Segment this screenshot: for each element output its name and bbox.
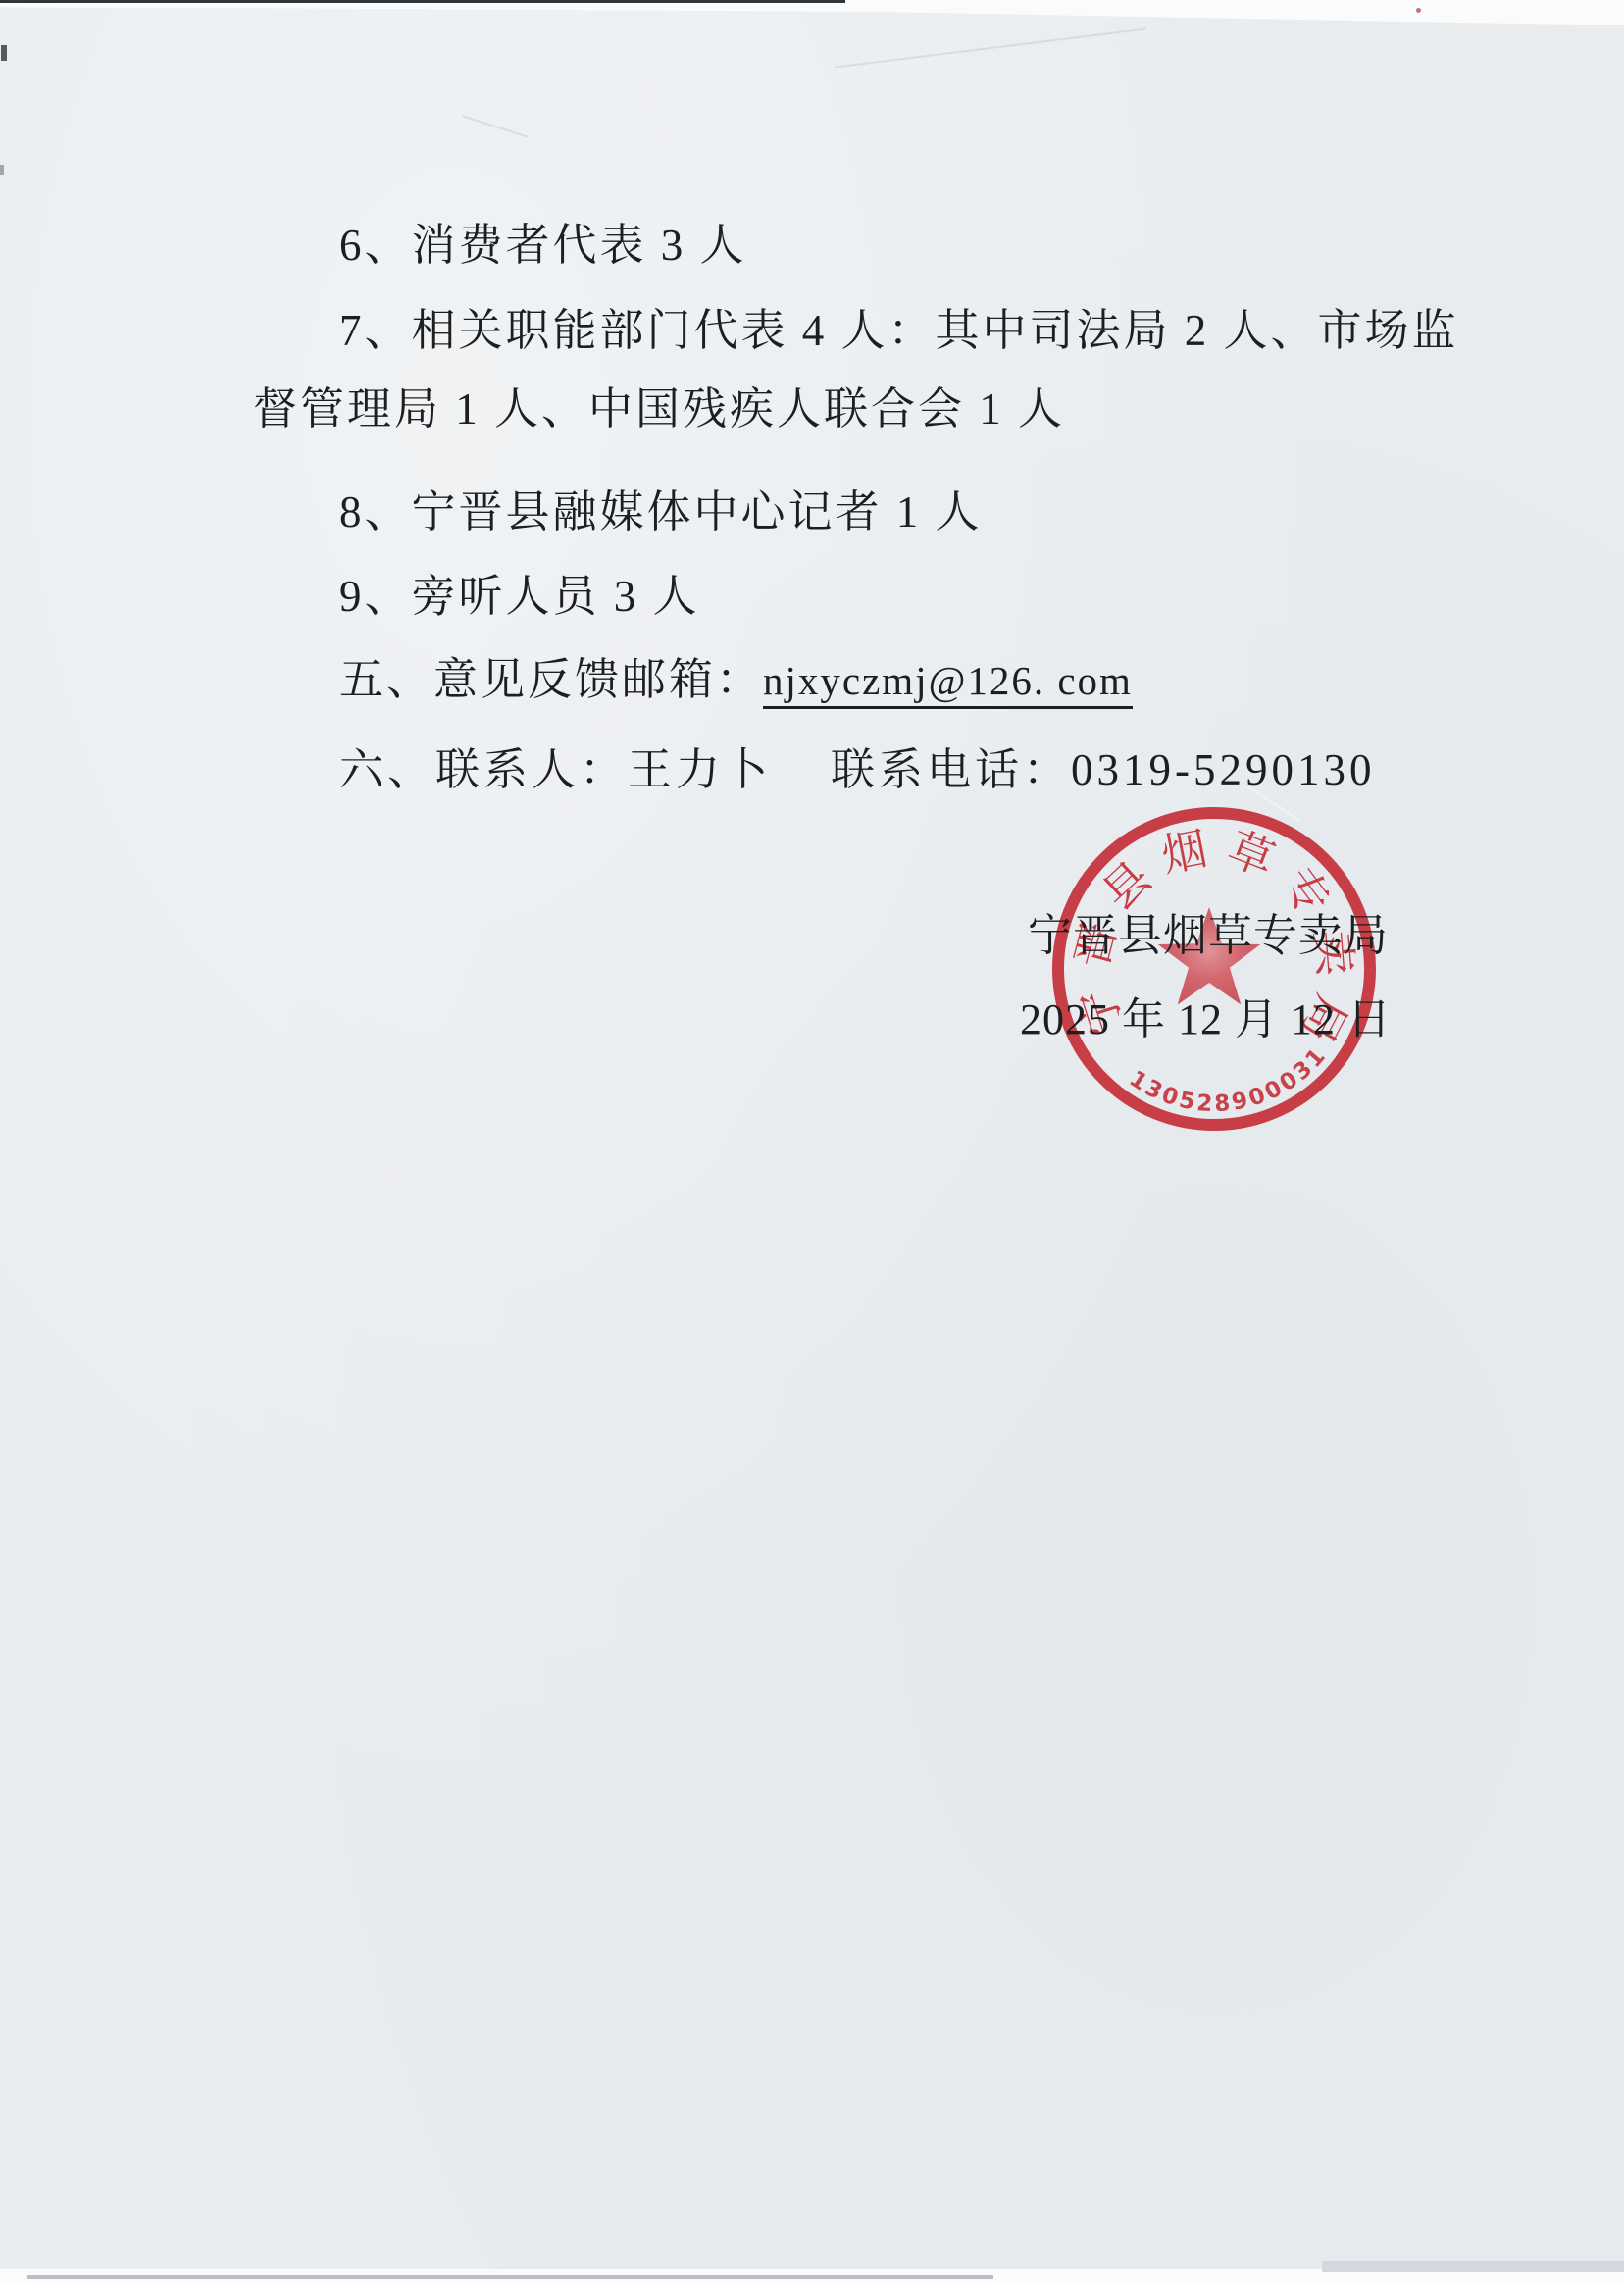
body-line-item-9: 9、旁听人员 3 人 — [339, 569, 700, 624]
feedback-label: 五、意见反馈邮箱： — [339, 655, 763, 704]
contact-phone-number: 0319-5290130 — [1071, 745, 1376, 794]
contact-line: 六、联系人：王力卜联系电话：0319-5290130 — [339, 742, 1376, 797]
signature-date: 2025 年 12 月 12 日 — [1020, 992, 1392, 1046]
contact-person: 六、联系人：王力卜 — [339, 745, 772, 794]
ink-speck — [1416, 8, 1421, 13]
feedback-email: njxyczmj@126. com — [763, 658, 1133, 709]
official-seal: 宁晋县烟草专卖局 1305289000317 — [1036, 790, 1393, 1147]
scan-edge-bottom-patch — [1322, 2261, 1624, 2272]
body-line-item-7-wrap: 督管理局 1 人、中国残疾人联合会 1 人 — [253, 381, 1065, 436]
ink-speck — [1, 45, 7, 61]
feedback-line: 五、意见反馈邮箱：njxyczmj@126. com — [339, 652, 1133, 707]
ink-speck — [0, 165, 4, 175]
signature-organization: 宁晋县烟草专卖局 — [1028, 908, 1389, 963]
contact-phone: 联系电话：0319-5290130 — [831, 745, 1376, 794]
scanned-document: 宁晋县烟草专卖局 1305289000317 6、消费者代表 3 人 7、相关职… — [0, 0, 1624, 2283]
body-line-item-7: 7、相关职能部门代表 4 人：其中司法局 2 人、市场监 — [339, 303, 1459, 358]
contact-phone-label: 联系电话： — [831, 745, 1071, 794]
body-line-item-6: 6、消费者代表 3 人 — [339, 218, 747, 273]
body-line-item-8: 8、宁晋县融媒体中心记者 1 人 — [339, 484, 983, 539]
scan-edge-top-line — [0, 0, 845, 3]
scan-edge-bottom-line — [27, 2275, 993, 2279]
